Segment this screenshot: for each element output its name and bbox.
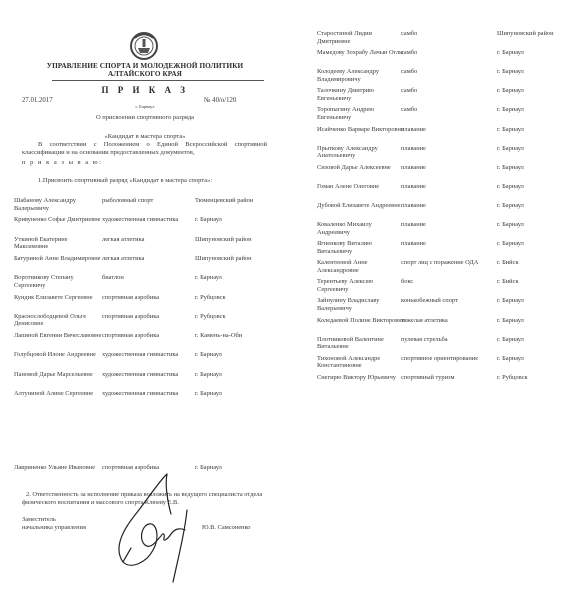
- organization-name-line2: АЛТАЙСКОГО КРАЯ: [0, 70, 290, 78]
- header-divider: [52, 80, 264, 81]
- athlete-name: Краснослободцевой Ольге Денисовне: [14, 313, 102, 328]
- athlete-name: Сизовой Дарье Алексеевне: [317, 164, 405, 172]
- athlete-place: Тюменцевский район: [195, 197, 253, 205]
- document-date: 27.01.2017: [22, 97, 53, 104]
- athlete-sport: пулевая стрельба: [401, 336, 501, 344]
- athlete-name: Голубцовой Илоне Андреевне: [14, 351, 102, 359]
- athlete-place: г. Камень-на-Оби: [195, 332, 242, 340]
- athlete-sport: самбо: [401, 49, 501, 57]
- order-item-1: 1.Присвоить спортивный разряд «Кандидат …: [38, 177, 212, 184]
- athlete-name: Гоман Алене Олеговне: [317, 183, 405, 191]
- athlete-name: Торопыгину Андрею Евгеньевичу: [317, 106, 405, 121]
- athlete-place: г. Барнаул: [497, 68, 524, 76]
- athlete-sport: спортивная аэробика: [102, 313, 202, 321]
- athlete-place: г. Барнаул: [497, 355, 524, 363]
- signer-title: Заместитель начальника управления: [22, 516, 86, 532]
- athlete-sport: плавание: [401, 126, 501, 134]
- athlete-sport: плавание: [401, 240, 501, 248]
- handwritten-signature-icon: [105, 470, 205, 585]
- athlete-sport: самбо: [401, 68, 501, 76]
- athlete-sport: спорт лиц с поражение ОДА: [401, 259, 501, 267]
- athlete-name: Лавриненко Ульяне Ивановне: [14, 464, 102, 472]
- document-number: № 40/о/120: [204, 97, 236, 104]
- athlete-place: г. Барнаул: [195, 371, 222, 379]
- coat-of-arms-icon: [129, 30, 159, 62]
- athlete-name: Снегирю Виктору Юрьевичу: [317, 374, 405, 382]
- athlete-name: Колодееву Александру Владимировичу: [317, 68, 405, 83]
- athlete-place: Шипуновский район: [195, 255, 252, 263]
- athlete-sport: художественная гимнастика: [102, 351, 202, 359]
- athlete-place: г. Барнаул: [497, 164, 524, 172]
- athlete-place: Шипуновский район: [497, 30, 554, 38]
- athlete-place: г. Барнаул: [497, 336, 524, 344]
- athlete-name: Плотниковой Валентине Витальевне: [317, 336, 405, 351]
- athlete-sport: спортивное ориентирование: [401, 355, 501, 363]
- athlete-sport: спортивная аэробика: [102, 294, 202, 302]
- athlete-name: Ягненкову Виталию Витальевичу: [317, 240, 405, 255]
- athlete-name: Прыткову Александру Анатольевичу: [317, 145, 405, 160]
- athlete-name: Батуриной Анне Владимировне: [14, 255, 102, 263]
- athlete-place: г. Рубцовск: [497, 374, 528, 382]
- athlete-name: Старостиной Лидии Дмитриевне: [317, 30, 405, 45]
- athlete-sport: конькобежный спорт: [401, 297, 501, 305]
- athlete-sport: самбо: [401, 87, 501, 95]
- athlete-sport: самбо: [401, 30, 501, 38]
- athlete-name: Терентьеву Алексею Сергеевичу: [317, 278, 405, 293]
- athlete-name: Исайченко Варваре Викторовне: [317, 126, 405, 134]
- athlete-name: Тихоновой Александре Константиновне: [317, 355, 405, 370]
- preamble-text: В соответствии с Положением о Единой Все…: [22, 141, 267, 156]
- athlete-place: г. Барнаул: [497, 87, 524, 95]
- athlete-sport: легкая атлетика: [102, 236, 202, 244]
- athlete-name: Уткиной Екатерине Максимовне: [14, 236, 102, 251]
- athlete-place: г. Рубцовск: [195, 313, 226, 321]
- athlete-sport: тяжелая атлетика: [401, 317, 501, 325]
- left-column: УПРАВЛЕНИЕ СПОРТА И МОЛОДЕЖНОЙ ПОЛИТИКИ …: [0, 0, 290, 600]
- signer-title-line2: начальника управления: [22, 524, 86, 532]
- athlete-place: г. Бийск: [497, 259, 519, 267]
- athlete-name: Алтуниной Алине Сергеевне: [14, 390, 102, 398]
- athlete-sport: биатлон: [102, 274, 202, 282]
- document-city: г. Барнаул: [0, 104, 290, 109]
- preamble-paragraph: В соответствии с Положением о Единой Все…: [22, 141, 267, 157]
- athlete-place: г. Барнаул: [497, 297, 524, 305]
- athlete-sport: рыболовный спорт: [102, 197, 202, 205]
- athlete-sport: плавание: [401, 183, 501, 191]
- athlete-name: Кривуненко Софье Дмитриевне: [14, 216, 102, 224]
- athlete-place: г. Барнаул: [497, 317, 524, 325]
- athlete-place: г. Барнаул: [497, 221, 524, 229]
- athlete-place: г. Барнаул: [497, 49, 524, 57]
- athlete-place: Шипуновский район: [195, 236, 252, 244]
- athlete-name: Калентеевой Анне Александровне: [317, 259, 405, 274]
- athlete-name: Пановой Дарье Марсельевне: [14, 371, 102, 379]
- athlete-name: Воротникову Степану Сергеевичу: [14, 274, 102, 289]
- athlete-name: Зайнулину Владиславу Валерьевичу: [317, 297, 405, 312]
- athlete-name: Коледаевой Полине Викторовне: [317, 317, 405, 325]
- subject-line1: О присвоении спортивного разряда: [0, 114, 290, 121]
- athlete-place: г. Барнаул: [497, 183, 524, 191]
- athlete-place: г. Барнаул: [497, 126, 524, 134]
- athlete-place: г. Барнаул: [497, 240, 524, 248]
- athlete-place: г. Барнаул: [195, 274, 222, 282]
- athlete-sport: художественная гимнастика: [102, 390, 202, 398]
- athlete-name: Кундик Елизавете Сергеевне: [14, 294, 102, 302]
- athlete-place: г. Барнаул: [497, 202, 524, 210]
- athlete-place: г. Рубцовск: [195, 294, 226, 302]
- order-document: УПРАВЛЕНИЕ СПОРТА И МОЛОДЕЖНОЙ ПОЛИТИКИ …: [0, 0, 580, 600]
- athlete-sport: плавание: [401, 221, 501, 229]
- athlete-place: г. Барнаул: [497, 145, 524, 153]
- athlete-sport: самбо: [401, 106, 501, 114]
- athlete-sport: спортивный туризм: [401, 374, 501, 382]
- athlete-sport: художественная гимнастика: [102, 371, 202, 379]
- athlete-name: Лапиной Евгении Вячеславовне: [14, 332, 102, 340]
- athlete-place: г. Барнаул: [195, 390, 222, 398]
- athlete-name: Коваленко Михаилу Андреевичу: [317, 221, 405, 236]
- athlete-sport: бокс: [401, 278, 501, 286]
- document-type: П Р И К А З: [0, 85, 290, 95]
- signer-name: Ю.В. Самсоненко: [202, 524, 250, 531]
- athlete-place: г. Барнаул: [497, 106, 524, 114]
- athlete-place: г. Бийск: [497, 278, 519, 286]
- athlete-sport: спортивная аэробика: [102, 332, 202, 340]
- order-word: п р и к а з ы в а ю:: [22, 159, 102, 166]
- athlete-place: г. Барнаул: [195, 216, 222, 224]
- right-column: Старостиной Лидии ДмитриевнесамбоШипунов…: [290, 0, 580, 600]
- signer-title-line1: Заместитель: [22, 516, 86, 524]
- athlete-name: Талочкину Дмитрию Евгеньевичу: [317, 87, 405, 102]
- athlete-place: г. Барнаул: [195, 351, 222, 359]
- athlete-sport: плавание: [401, 145, 501, 153]
- subject-line2: «Кандидат в мастера спорта»: [0, 133, 290, 140]
- athlete-sport: плавание: [401, 164, 501, 172]
- athlete-sport: легкая атлетика: [102, 255, 202, 263]
- athlete-sport: плавание: [401, 202, 501, 210]
- organization-name-line1: УПРАВЛЕНИЕ СПОРТА И МОЛОДЕЖНОЙ ПОЛИТИКИ: [0, 62, 290, 70]
- athlete-name: Шабанову Александру Валерьевичу: [14, 197, 102, 212]
- athlete-name: Мамедову Зохрабу Лачын Оглы: [317, 49, 405, 57]
- athlete-name: Дубовой Елизавете Андреевне: [317, 202, 405, 210]
- athlete-sport: художественная гимнастика: [102, 216, 202, 224]
